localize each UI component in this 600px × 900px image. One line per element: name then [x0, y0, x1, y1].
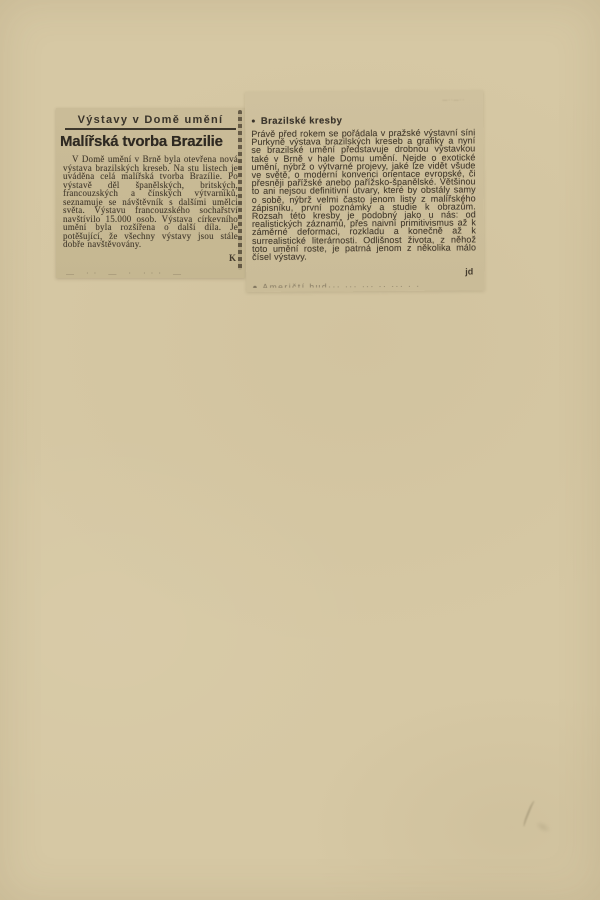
right-clipping-heading-text: Brazilské kresby — [261, 115, 342, 127]
left-clipping-signature: K — [229, 253, 236, 263]
left-clipping-body-area: V Domě umění v Brně byla otevřena nová v… — [63, 155, 238, 263]
pencil-smudge-tail — [533, 818, 554, 836]
clipping-right: —··—·· ●Brazilské kresby Právě před roke… — [245, 90, 484, 292]
torn-edge-strip — [238, 110, 242, 270]
right-clipping-heading: ●Brazilské kresby — [251, 114, 475, 127]
right-clipping-body: Právě před rokem se pořádala v pražské v… — [251, 128, 476, 261]
scanned-page: Výstavy v Domě umění Malířská tvorba Bra… — [0, 0, 600, 900]
faint-stamp: —··—·· — [442, 98, 465, 103]
left-clipping-body: V Domě umění v Brně byla otevřena nová v… — [63, 155, 238, 249]
left-clipping-header: Výstavy v Domě umění — [65, 114, 236, 130]
left-clipping-cutoff-fragment: — ·· — · ··· — — [66, 269, 231, 275]
right-clipping-body-area: Právě před rokem se pořádala v pražské v… — [251, 128, 476, 278]
right-clipping-cutoff-fragment: ● Američtí hud··· ··· ··· ·· ··· · · — [252, 281, 478, 288]
clipping-left: Výstavy v Domě umění Malířská tvorba Bra… — [56, 108, 245, 278]
left-clipping-title: Malířská tvorba Brazilie — [60, 133, 242, 150]
right-clipping-signature: jd — [465, 266, 473, 276]
bullet-icon: ● — [251, 118, 256, 125]
